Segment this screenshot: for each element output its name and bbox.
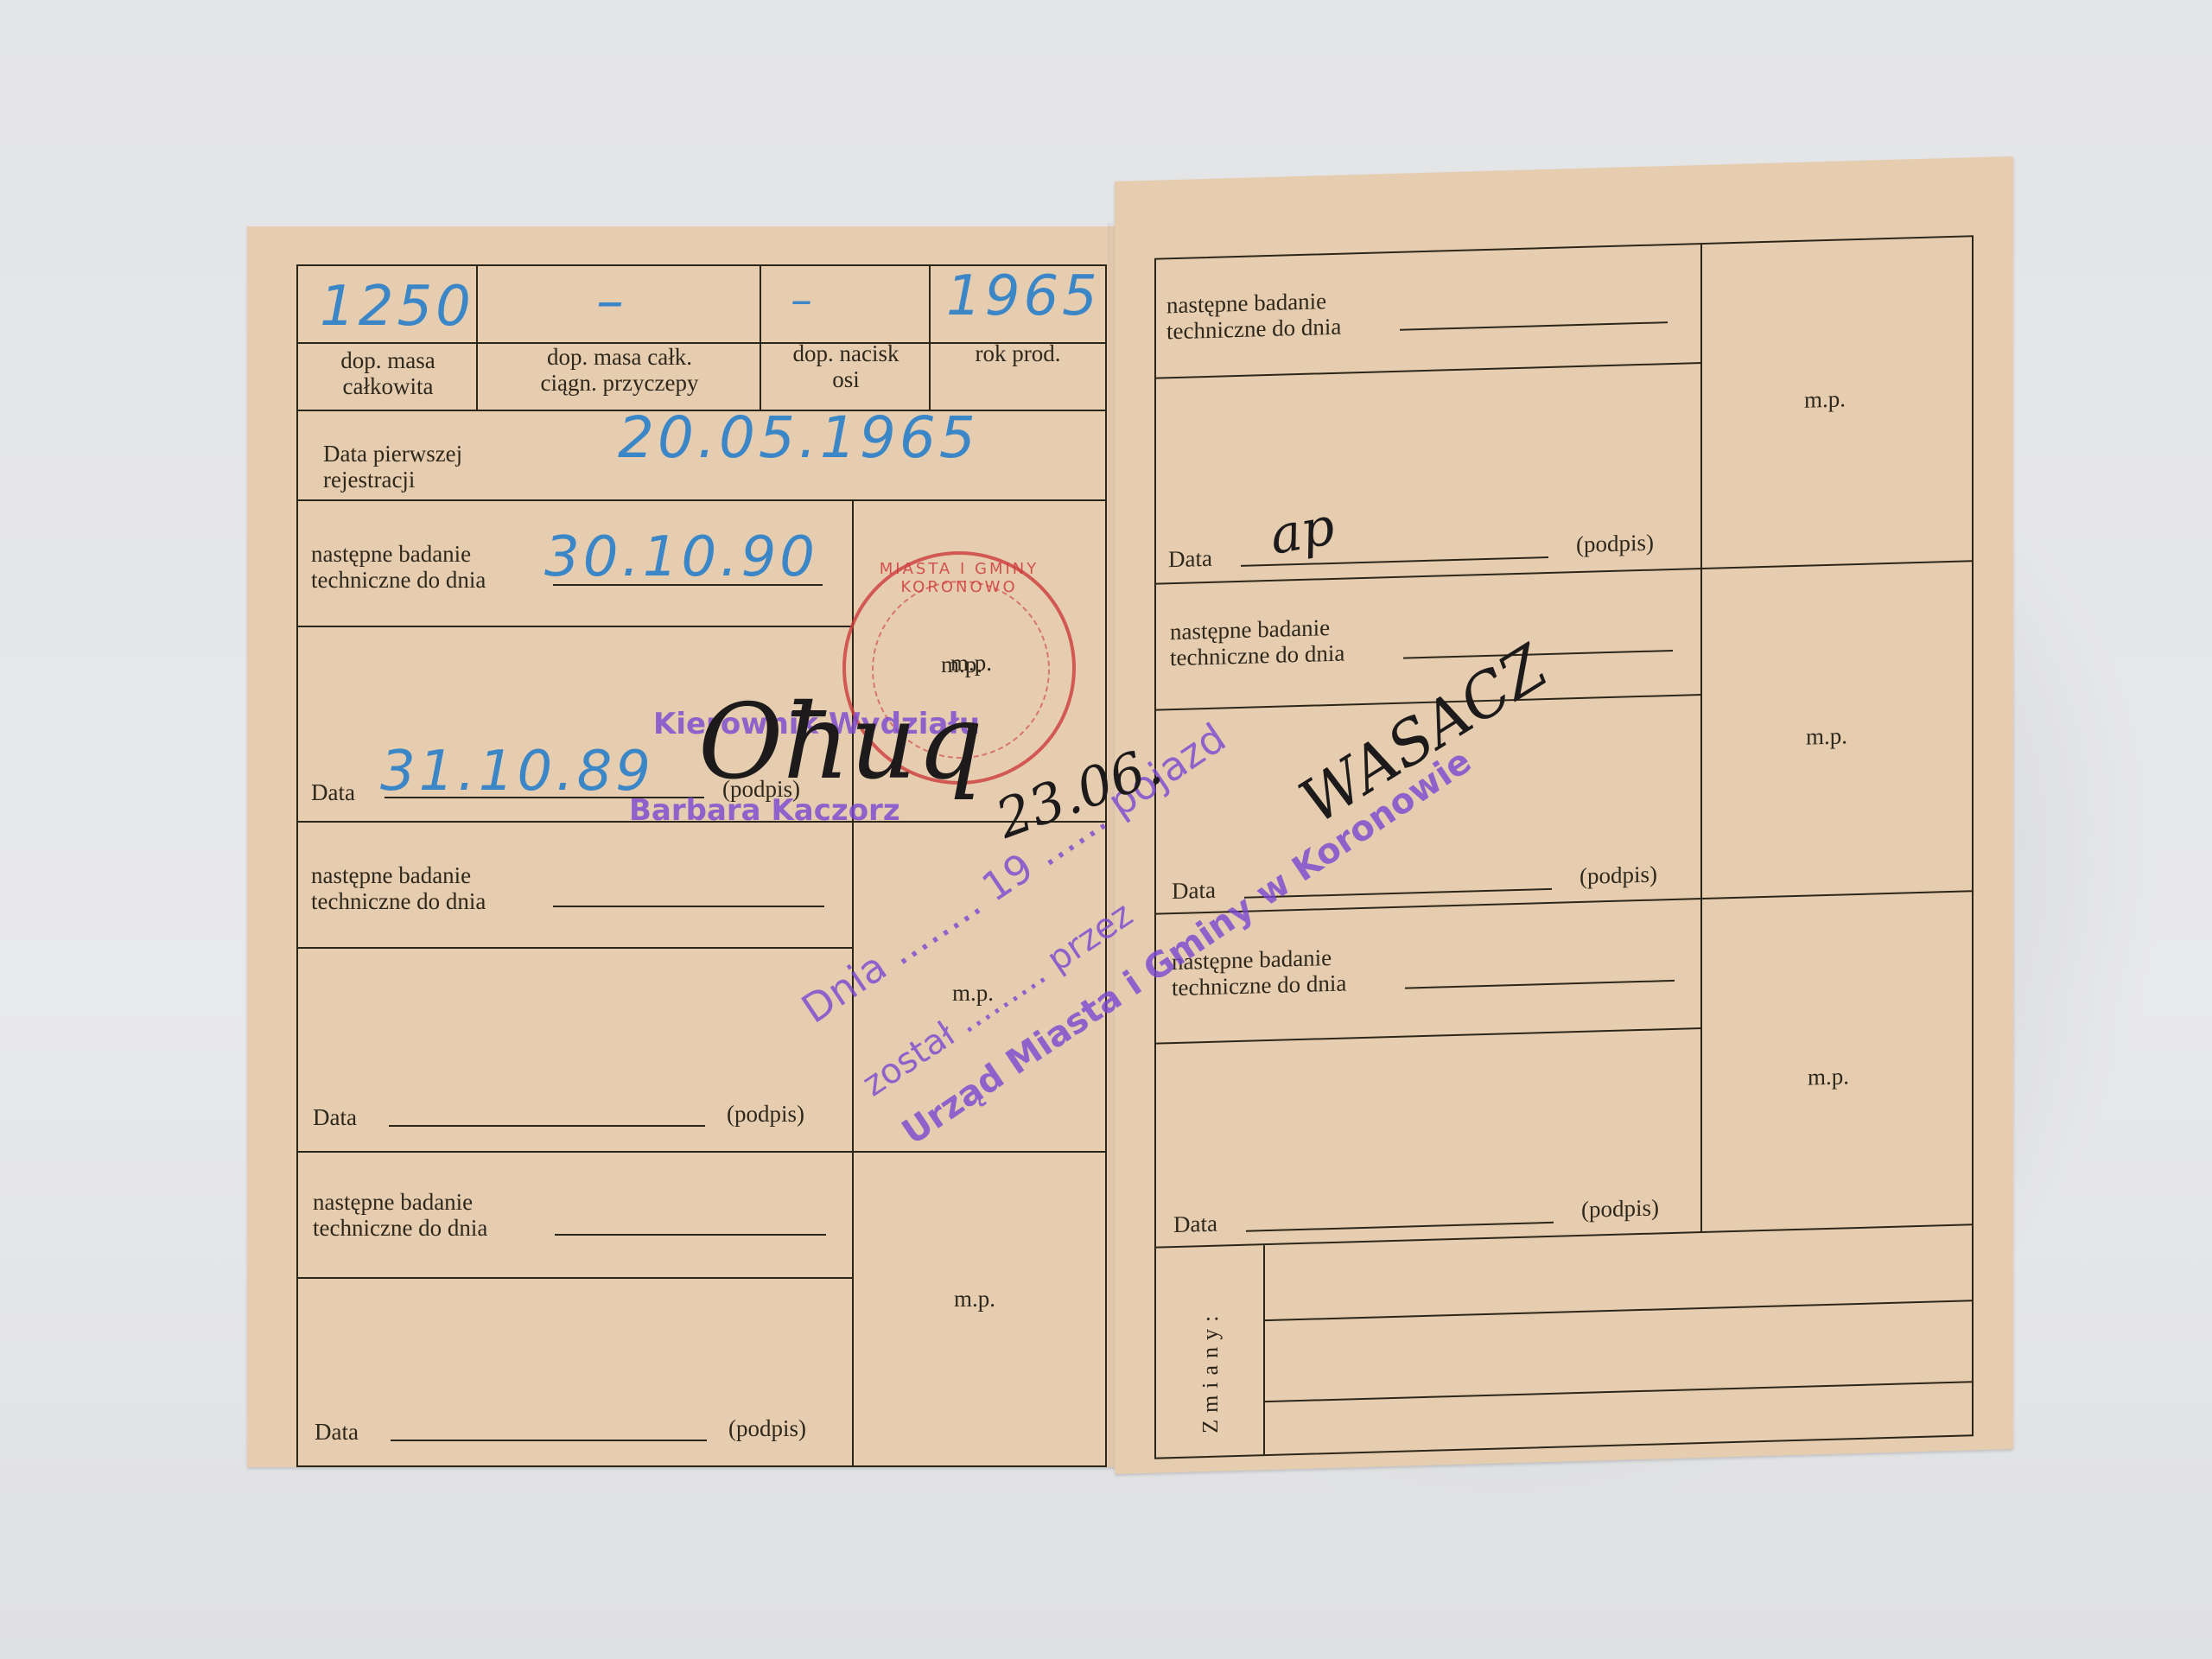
inspection-1-next-label: następne badanie techniczne do dnia (311, 541, 486, 593)
next-l2: techniczne do dnia (1172, 970, 1346, 1001)
inspection-2-date-line (389, 1125, 705, 1127)
next-l2: techniczne do dnia (313, 1215, 487, 1241)
inspection-3-signature-label: (podpis) (728, 1415, 806, 1441)
first-reg-l1: Data pierwszej (323, 441, 462, 467)
cell-axle-load (761, 266, 931, 344)
inspection-2-date-label: Data (313, 1104, 357, 1130)
first-registration-value: 20.05.1965 (618, 404, 979, 471)
inspection-3-date-label: Data (315, 1419, 359, 1445)
r-inspection-2-next-label: następne badanie techniczne do dnia (1170, 614, 1344, 671)
changes-label: Zmiany: (1198, 1308, 1224, 1433)
trailer-mass-value: – (596, 270, 627, 334)
label-axle-l1: dop. nacisk (761, 340, 931, 366)
label-trailer-l1: dop. masa całk. (478, 344, 761, 370)
next-l2: techniczne do dnia (311, 567, 486, 593)
r-inspection-3-mp-label: m.p. (1808, 1063, 1849, 1090)
handwritten-signature-left: Oħuq (698, 683, 983, 803)
r-inspection-1-signature-label: (podpis) (1576, 530, 1654, 558)
r-inspection-2-mp-label: m.p. (1806, 722, 1847, 750)
label-max-mass: dop. masa całkowita (298, 347, 478, 399)
r-inspection-1-next-label: następne badanie techniczne do dnia (1166, 288, 1341, 345)
inspection-2-signature-label: (podpis) (727, 1101, 804, 1127)
inspection-1-next-value: 30.10.90 (544, 525, 818, 589)
inspection-1-date-label: Data (311, 779, 355, 805)
label-max-mass-l2: całkowita (298, 373, 478, 399)
prod-year-value: 1965 (946, 264, 1101, 328)
r-inspection-1-date-label: Data (1168, 545, 1212, 572)
inspection-3-date-line (391, 1440, 707, 1441)
label-year-l1: rok prod. (931, 340, 1105, 366)
r-inspection-3-date-label: Data (1173, 1211, 1217, 1237)
inspection-3-next-label: następne badanie techniczne do dnia (313, 1189, 487, 1241)
inspection-2-next-label: następne badanie techniczne do dnia (311, 862, 486, 914)
next-l1: następne badanie (311, 541, 486, 567)
next-l2: techniczne do dnia (1166, 314, 1341, 345)
right-form-table (1154, 235, 1974, 1459)
r-inspection-1-mp-label: m.p. (1804, 385, 1846, 413)
stamp-mp: m.p. (941, 652, 982, 678)
first-registration-label: Data pierwszej rejestracji (323, 441, 462, 493)
stamp-text: MIASTA I GMINY KORONOWO (846, 560, 1072, 596)
r-inspection-2-date-label: Data (1172, 877, 1216, 904)
r-inspection-3-signature-label: (podpis) (1581, 1194, 1659, 1223)
inspection-3-next-line (555, 1234, 826, 1236)
inspection-1-date-value: 31.10.89 (380, 740, 654, 804)
inspection-3-mp-label: m.p. (954, 1286, 995, 1313)
inspection-2-next-line (553, 906, 824, 907)
label-trailer-l2: ciągn. przyczepy (478, 370, 761, 396)
label-axle-load: dop. nacisk osi (761, 340, 931, 392)
next-l2: techniczne do dnia (311, 888, 486, 914)
right-page: następne badanie techniczne do dnia Data… (1115, 156, 2013, 1474)
label-max-mass-l1: dop. masa (298, 347, 478, 373)
next-l2: techniczne do dnia (1170, 640, 1344, 671)
handwritten-initials: ap (1265, 496, 1338, 567)
next-l1: następne badanie (313, 1189, 487, 1215)
r-inspection-2-signature-label: (podpis) (1580, 861, 1657, 889)
first-reg-l2: rejestracji (323, 467, 462, 493)
max-mass-value: 1250 (320, 275, 474, 339)
axle-load-value: – (791, 275, 816, 325)
label-trailer-mass: dop. masa całk. ciągn. przyczepy (478, 344, 761, 396)
label-prod-year: rok prod. (931, 340, 1105, 366)
label-axle-l2: osi (761, 366, 931, 392)
next-l1: następne badanie (311, 862, 486, 888)
